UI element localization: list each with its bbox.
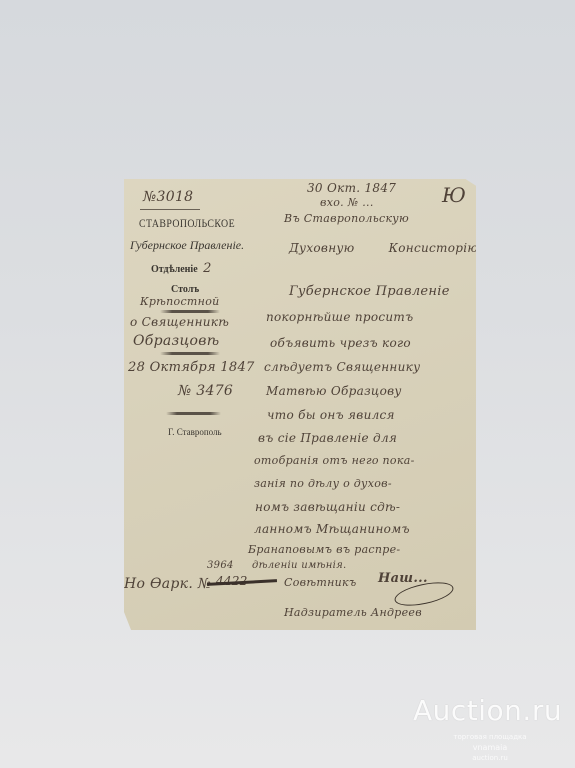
outgoing-number: № 3476 (178, 383, 233, 399)
department-value: 2 (203, 261, 212, 276)
body-line: Бранаповымъ въ распре- (248, 543, 400, 556)
watermark-sub1: торговая площадка (430, 733, 550, 741)
body-line: Губернское Правленіе (289, 284, 450, 299)
corrected-number: 3964 (207, 560, 234, 571)
received-line2: вхо. № ... (320, 196, 374, 209)
watermark-sub2: vnamaia (430, 743, 550, 752)
ornament-divider (166, 412, 221, 415)
received-date: 30 Окт. 1847 (307, 181, 396, 195)
desk-value-line3: Образцовѣ (133, 333, 219, 349)
letter-date: 28 Октября 1847 (128, 360, 255, 375)
body-line: въ сіе Правленіе для (258, 431, 397, 445)
signature-bottom: Надзиратель Андреев (284, 606, 422, 619)
body-line: занія по дѣлу о духов- (254, 477, 392, 490)
body-line: что бы онъ явился (267, 408, 395, 422)
body-line: отобранія отъ него пока- (254, 454, 415, 467)
desk-value-line1: Крѣпостной (140, 295, 220, 308)
bottom-left-note: Но Ѳарк. № (124, 576, 211, 592)
signature-title: Совѣтникъ (284, 576, 357, 589)
ornament-divider (160, 310, 220, 313)
department-label: Отдѣленіе 2 (151, 261, 212, 276)
number-underline (140, 209, 200, 210)
desk-label: Столъ (171, 284, 199, 295)
corner-mark: Ю (442, 183, 466, 207)
institution-line2: Губернское Правленіе. (130, 238, 244, 253)
body-line: дѣленіи имѣнія. (252, 560, 347, 571)
document-paper: №3018 СТАВРОПОЛЬСКОЕ Губернское Правлені… (124, 179, 476, 630)
city: Г. Ставрополь (168, 427, 222, 437)
addressee-line2: Духовную Консисторію (289, 241, 478, 255)
body-line: объявить чрезъ кого (270, 336, 411, 350)
desk-value-line2: о Священникѣ (130, 315, 229, 329)
ornament-divider (160, 352, 220, 355)
body-line: покорнѣйше проситъ (266, 310, 413, 324)
institution-line1: СТАВРОПОЛЬСКОЕ (139, 216, 235, 231)
watermark-brand: Auction.ru (413, 694, 562, 727)
department-label-text: Отдѣленіе (151, 264, 198, 275)
document-number-top: №3018 (143, 189, 193, 205)
watermark-sub3: auction.ru (430, 754, 550, 762)
addressee-line1: Въ Ставропольскую (284, 212, 409, 225)
body-line: слѣдуетъ Священнику (264, 360, 420, 374)
body-line: ланномъ Мѣщаниномъ (254, 522, 410, 536)
body-line: номъ завѣщаніи сдѣ- (255, 500, 400, 514)
body-line: Матвѣю Образцову (266, 384, 402, 398)
